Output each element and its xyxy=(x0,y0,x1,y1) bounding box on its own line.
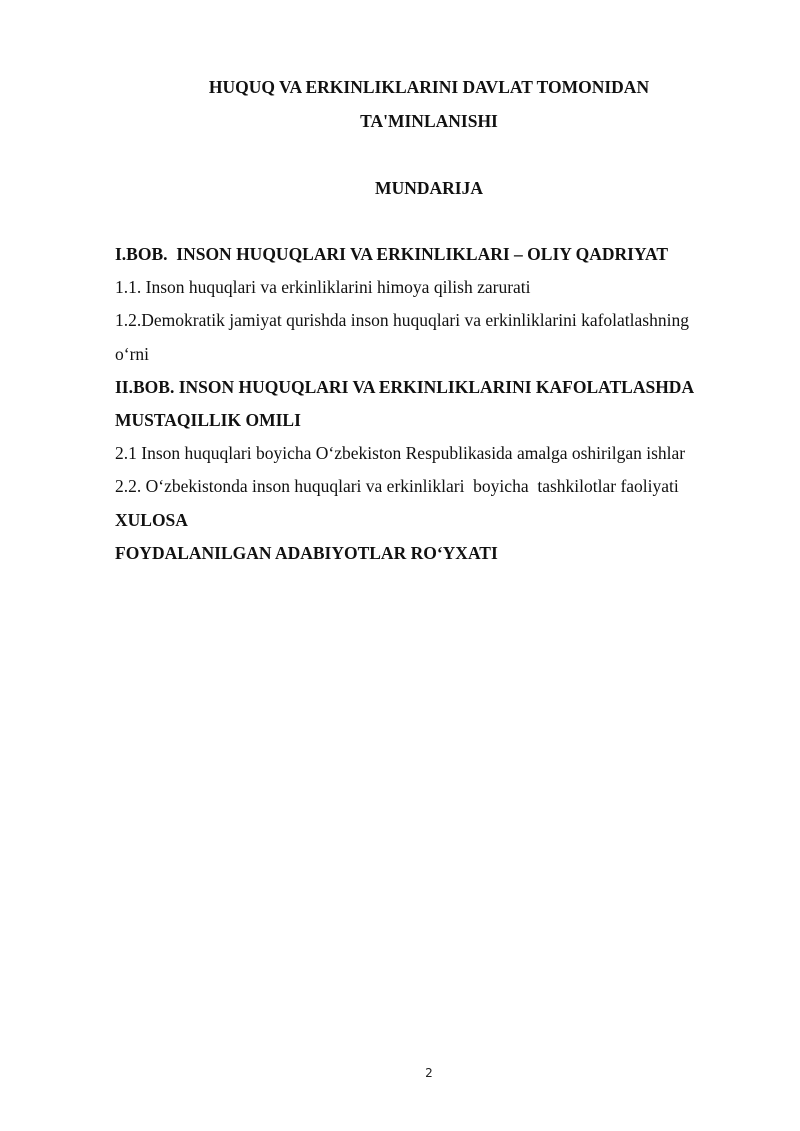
document-title-line-1: HUQUQ VA ERKINLIKLARINI DAVLAT TOMONIDAN xyxy=(0,77,800,97)
document-title-line-2: TA'MINLANISHI xyxy=(0,111,800,131)
toc-heading: MUNDARIJA xyxy=(0,178,800,198)
toc-entry: XULOSA xyxy=(115,510,755,543)
page-number: 2 xyxy=(0,1066,800,1080)
table-of-contents: I.BOB. INSON HUQUQLARI VA ERKINLIKLARI –… xyxy=(115,244,755,576)
toc-entry: 2.2. O‘zbekistonda inson huquqlari va er… xyxy=(115,476,755,509)
toc-entry: o‘rni xyxy=(115,344,755,377)
toc-entry: I.BOB. INSON HUQUQLARI VA ERKINLIKLARI –… xyxy=(115,244,755,277)
toc-entry: 1.1. Inson huquqlari va erkinliklarini h… xyxy=(115,277,755,310)
toc-entry: 1.2.Demokratik jamiyat qurishda inson hu… xyxy=(115,310,755,343)
document-page: HUQUQ VA ERKINLIKLARINI DAVLAT TOMONIDAN… xyxy=(0,0,800,1131)
toc-entry: II.BOB. INSON HUQUQLARI VA ERKINLIKLARIN… xyxy=(115,377,755,410)
toc-entry: 2.1 Inson huquqlari boyicha O‘zbekiston … xyxy=(115,443,755,476)
toc-entry: MUSTAQILLIK OMILI xyxy=(115,410,755,443)
toc-entry: FOYDALANILGAN ADABIYOTLAR RO‘YXATI xyxy=(115,543,755,576)
